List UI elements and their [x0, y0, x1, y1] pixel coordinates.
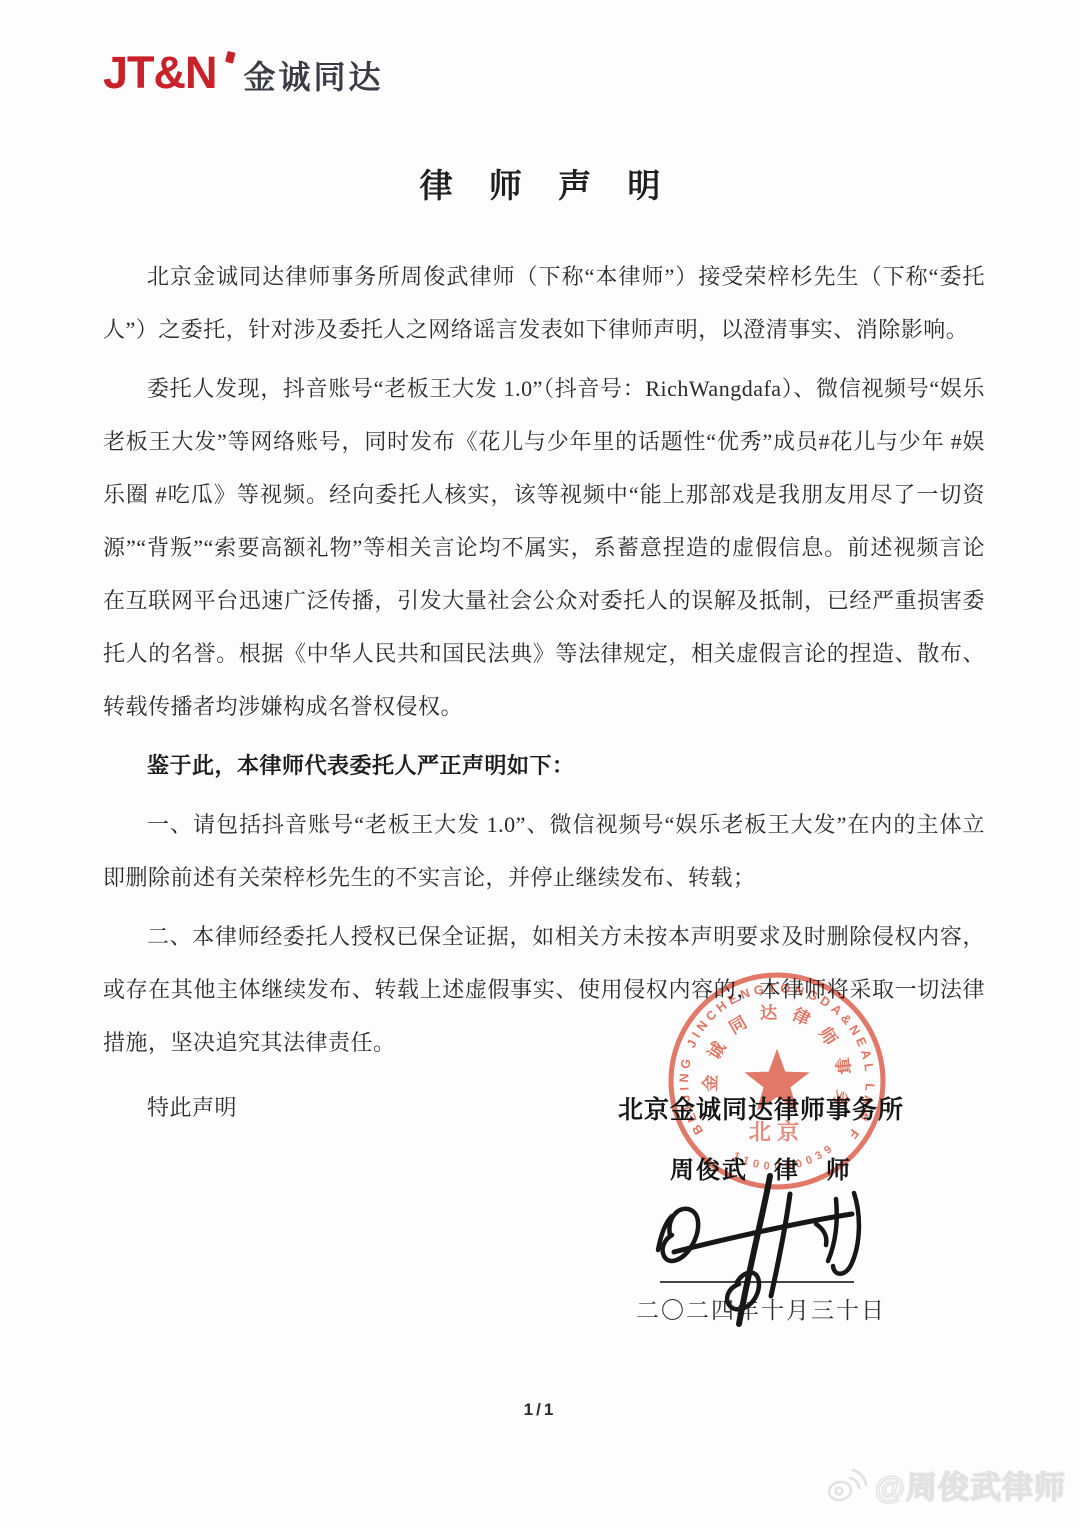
firm-logo: JT&N 金诚同达	[103, 50, 384, 95]
paragraph-facts: 委托人发现，抖音账号“老板王大发 1.0”（抖音号：RichWangdafa）、…	[103, 362, 985, 733]
paragraph-demand-1: 一、请包括抖音账号“老板王大发 1.0”、微信视频号“娱乐老板王大发”在内的主体…	[103, 798, 985, 904]
logo-firm-name: 金诚同达	[244, 61, 384, 93]
firm-name-line: 北京金诚同达律师事务所	[596, 1090, 926, 1126]
page-number: 1/1	[0, 1400, 1080, 1420]
watermark-text: @周俊武律师	[875, 1462, 1066, 1507]
weibo-watermark: @周俊武律师	[825, 1462, 1066, 1507]
logo-jtn-text: JT&N	[103, 50, 217, 95]
document-title: 律 师 声 明	[0, 160, 1080, 207]
logo-trademark-icon	[225, 51, 235, 64]
paragraph-intro: 北京金诚同达律师事务所周俊武律师（下称“本律师”）接受荣梓杉先生（下称“委托人”…	[103, 250, 985, 356]
document-page: JT&N 金诚同达 律 师 声 明 北京金诚同达律师事务所周俊武律师（下称“本律…	[0, 0, 1080, 1528]
paragraph-declaration-lead: 鉴于此，本律师代表委托人严正声明如下：	[103, 739, 985, 792]
attribution-block: 北京金诚同达律师事务所 周俊武 律 师	[596, 1090, 926, 1185]
handwritten-signature	[640, 1172, 880, 1332]
weibo-icon	[825, 1466, 869, 1504]
